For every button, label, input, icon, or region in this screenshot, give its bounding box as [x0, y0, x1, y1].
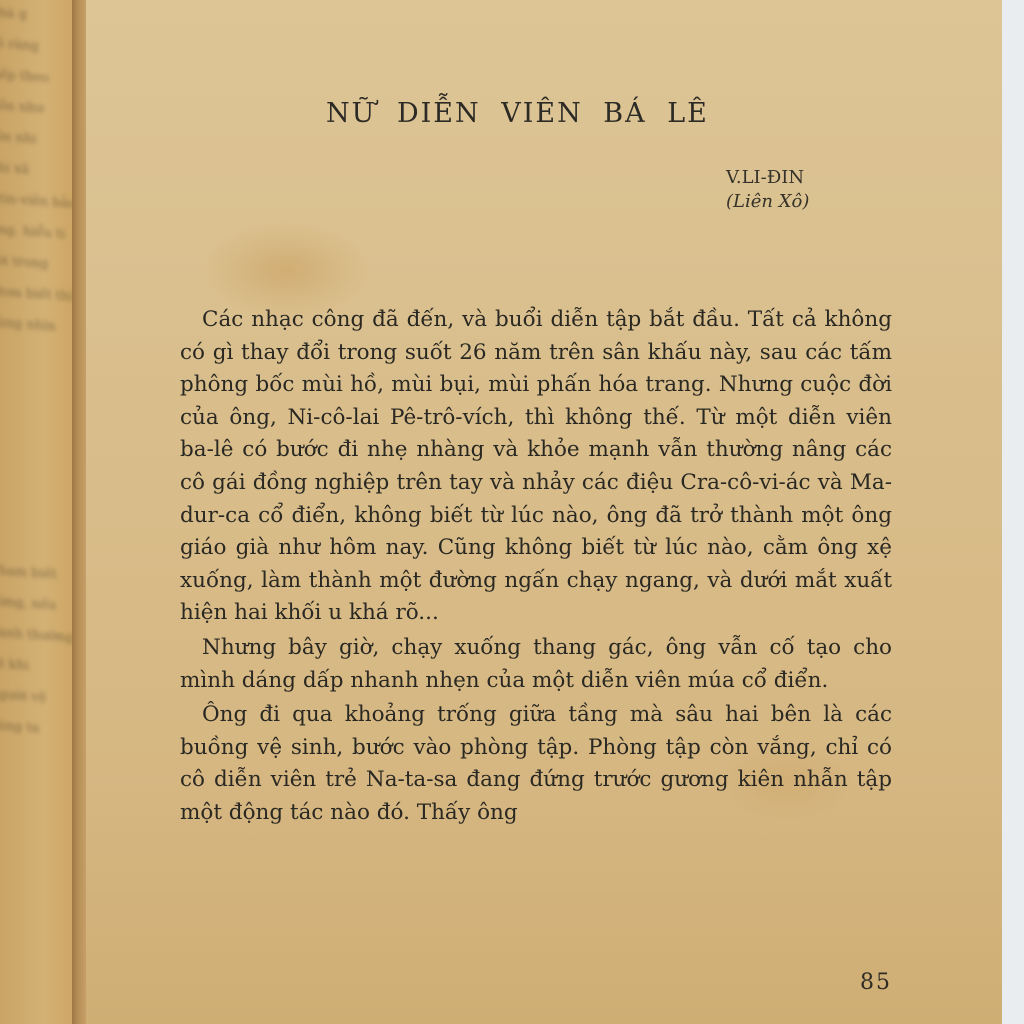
ghost-line: cùng nhìn [0, 307, 74, 344]
blurred-left-page-text: nhà grõ ràngtiếp theohồn nhưtôn nhichi x… [0, 0, 74, 964]
paragraph: Nhưng bây giờ, chạy xuống thang gác, ông… [180, 632, 892, 697]
author-country: (Liên Xô) [726, 190, 809, 214]
ghost-line [0, 927, 74, 964]
page-number: 85 [860, 970, 892, 995]
ghost-line: cùng ta [0, 710, 74, 747]
author-name: V.LI-ĐIN [726, 166, 809, 190]
paragraph: Ông đi qua khoảng trống giữa tầng mà sâu… [180, 699, 892, 829]
paragraph: Các nhạc công đã đến, và buổi diễn tập b… [180, 304, 892, 630]
right-page: NỮ DIỄN VIÊN BÁ LÊ V.LI-ĐIN (Liên Xô) Cá… [86, 0, 1002, 1024]
byline: V.LI-ĐIN (Liên Xô) [726, 166, 809, 214]
facing-left-page: nhà grõ ràngtiếp theohồn nhưtôn nhichi x… [0, 0, 74, 1024]
story-title: NỮ DIỄN VIÊN BÁ LÊ [326, 98, 709, 129]
story-body: Các nhạc công đã đến, và buổi diễn tập b… [180, 304, 892, 830]
